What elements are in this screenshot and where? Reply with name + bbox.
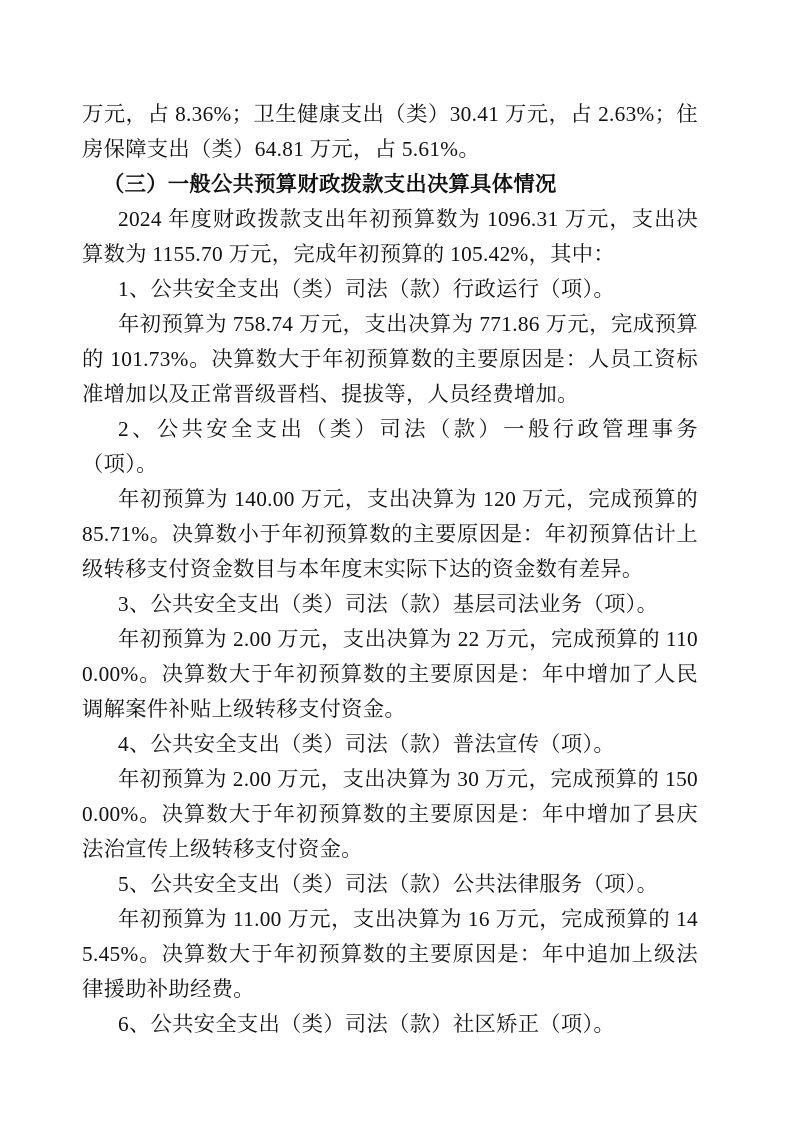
paragraph: 年初预算为 758.74 万元，支出决算为 771.86 万元，完成预算的 10…: [82, 307, 698, 412]
paragraph: 2、公共安全支出（类）司法（款）一般行政管理事务（项）。: [82, 412, 698, 482]
paragraph: 年初预算为 2.00 万元，支出决算为 22 万元，完成预算的 1100.00%…: [82, 622, 698, 727]
paragraph: 4、公共安全支出（类）司法（款）普法宣传（项）。: [82, 727, 698, 762]
paragraph: 6、公共安全支出（类）司法（款）社区矫正（项）。: [82, 1007, 698, 1042]
paragraph: 1、公共安全支出（类）司法（款）行政运行（项）。: [82, 272, 698, 307]
paragraph: 年初预算为 140.00 万元，支出决算为 120 万元，完成预算的 85.71…: [82, 482, 698, 587]
paragraph: 年初预算为 11.00 万元，支出决算为 16 万元，完成预算的 145.45%…: [82, 902, 698, 1007]
paragraph: 万元，占 8.36%；卫生健康支出（类）30.41 万元，占 2.63%；住房保…: [82, 97, 698, 167]
paragraph: 年初预算为 2.00 万元，支出决算为 30 万元，完成预算的 1500.00%…: [82, 762, 698, 867]
document-body: 万元，占 8.36%；卫生健康支出（类）30.41 万元，占 2.63%；住房保…: [82, 97, 698, 1042]
document-page: 万元，占 8.36%；卫生健康支出（类）30.41 万元，占 2.63%；住房保…: [0, 0, 793, 1122]
section-heading: （三）一般公共预算财政拨款支出决算具体情况: [82, 167, 698, 202]
paragraph: 3、公共安全支出（类）司法（款）基层司法业务（项）。: [82, 587, 698, 622]
paragraph: 5、公共安全支出（类）司法（款）公共法律服务（项）。: [82, 867, 698, 902]
paragraph: 2024 年度财政拨款支出年初预算数为 1096.31 万元，支出决算数为 11…: [82, 202, 698, 272]
